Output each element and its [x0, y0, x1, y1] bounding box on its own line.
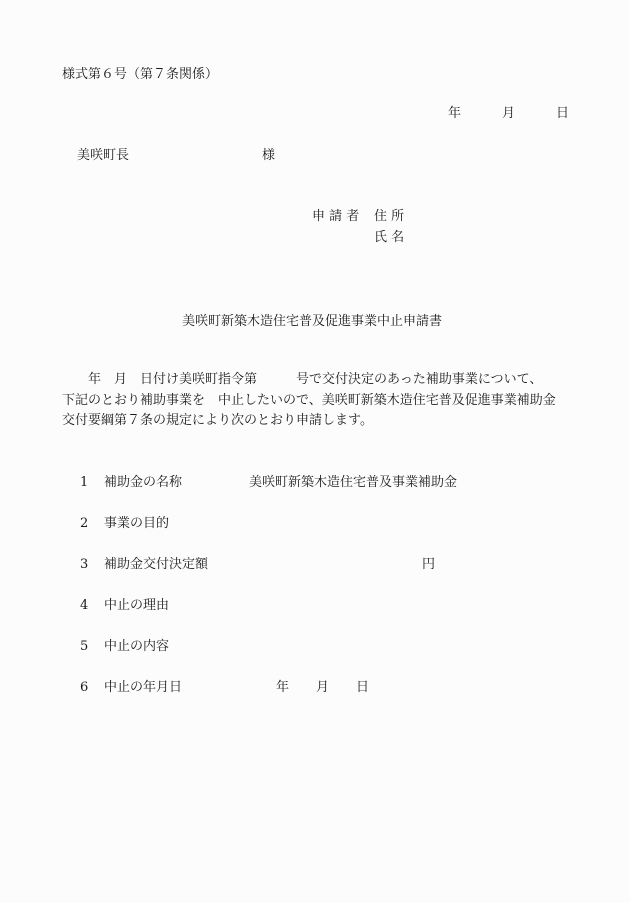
item-label: 補助金交付決定額	[104, 556, 208, 574]
form-number: 様式第６号（第７条関係）	[62, 66, 218, 84]
item-number: 5	[80, 638, 88, 656]
item-label: 補助金の名称	[104, 474, 182, 492]
item-value-currency: 円	[422, 556, 435, 574]
item-number: 2	[80, 515, 88, 533]
applicant-role: 申 請 者	[312, 208, 359, 226]
date-day-label: 日	[556, 105, 569, 123]
applicant-name-label: 氏 名	[374, 229, 404, 247]
item-number: 6	[80, 679, 88, 697]
applicant-address-label: 住 所	[374, 208, 404, 226]
body-paragraph: 年 月 日付け美咲町指令第 号で交付決定のあった補助事業について、下記のとおり補…	[62, 370, 582, 432]
item-label: 中止の理由	[104, 597, 169, 615]
body-line-3: 交付要綱第７条の規定により次のとおり申請します。	[62, 411, 582, 432]
item-label: 中止の年月日	[104, 679, 182, 697]
body-line-1: 年 月 日付け美咲町指令第 号で交付決定のあった補助事業について、	[62, 370, 582, 391]
addressee-title: 美咲町長	[77, 147, 129, 165]
document-title: 美咲町新築木造住宅普及促進事業中止申請書	[182, 313, 442, 331]
date-year-label: 年	[448, 105, 461, 123]
item-number: 3	[80, 556, 88, 574]
date-month-label: 月	[502, 105, 515, 123]
item-value: 美咲町新築木造住宅普及事業補助金	[249, 474, 457, 492]
item-date-day: 日	[356, 679, 369, 697]
item-label: 事業の目的	[104, 515, 169, 533]
addressee-honorific: 様	[262, 147, 275, 165]
item-label: 中止の内容	[104, 638, 169, 656]
item-number: 1	[80, 474, 88, 492]
item-date-month: 月	[316, 679, 329, 697]
body-line-2: 下記のとおり補助事業を 中止したいので、美咲町新築木造住宅普及促進事業補助金	[62, 391, 582, 412]
item-date-year: 年	[276, 679, 289, 697]
item-number: 4	[80, 597, 88, 615]
